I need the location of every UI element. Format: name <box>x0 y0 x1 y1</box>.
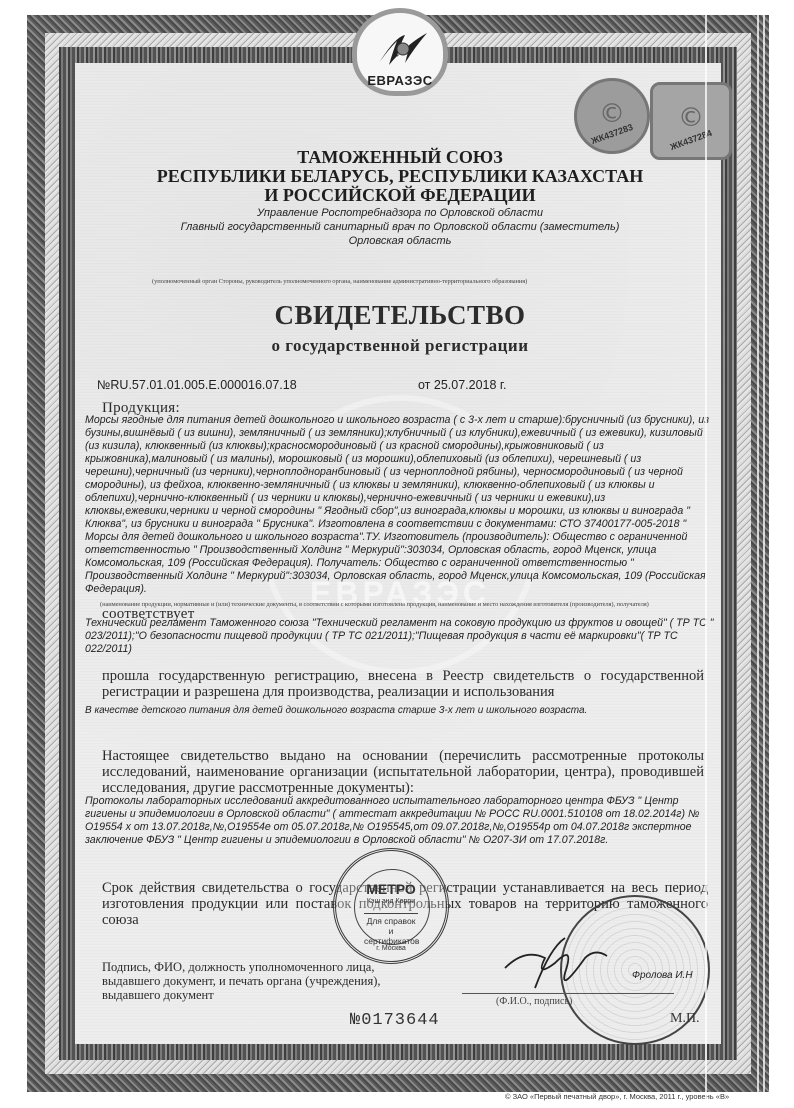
issuing-authority: Управление Роспотребнадзора по Орловской… <box>150 207 650 219</box>
evrazes-emblem-icon <box>375 29 431 69</box>
printer-note: © ЗАО «Первый печатный двор», г. Москва,… <box>505 1092 729 1101</box>
registration-date: от 25.07.2018 г. <box>418 378 506 392</box>
scan-streak <box>705 0 707 1108</box>
evrazes-logo: ЕВРАЗЭС <box>352 8 448 96</box>
technical-regulations: Технический регламент Таможенного союза … <box>85 617 715 656</box>
header-line-1: ТАМОЖЕННЫЙ СОЮЗ <box>150 147 650 168</box>
scan-streak <box>763 0 765 1108</box>
metro-stamp-note: Для справок и сертификатов <box>364 913 418 946</box>
issuing-official: Главный государственный санитарный врач … <box>150 221 650 233</box>
serial-number: №0173644 <box>350 1011 440 1030</box>
header-line-2: РЕСПУБЛИКИ БЕЛАРУСЬ, РЕСПУБЛИКИ КАЗАХСТА… <box>150 166 650 187</box>
metro-stamp: МЕТРО Кэш энд Керри Для справок и сертиф… <box>333 848 449 964</box>
document-subtitle: о государственной регистрации <box>150 336 650 356</box>
usage-purpose: В качестве детского питания для детей до… <box>85 704 715 717</box>
issuing-region: Орловская область <box>150 235 650 247</box>
basis-documents: Протоколы лабораторных исследований аккр… <box>85 795 715 847</box>
hologram-seal-icon: © ЖК437283 <box>574 78 650 154</box>
logo-text: ЕВРАЗЭС <box>357 73 443 88</box>
signer-name: Фролова И.Н <box>632 970 693 981</box>
metro-stamp-name: МЕТРО <box>336 881 446 897</box>
authority-caption: (уполномоченный орган Стороны, руководит… <box>152 278 527 285</box>
signature-label: Подпись, ФИО, должность уполномоченного … <box>102 960 402 1002</box>
metro-stamp-sub: Кэш энд Керри <box>336 898 446 905</box>
signature-caption: (Ф.И.О., подпись) <box>496 996 572 1007</box>
registration-statement: прошла государственную регистрацию, внес… <box>102 668 704 700</box>
registration-number: №RU.57.01.01.005.Е.000016.07.18 <box>97 378 297 392</box>
signature-line <box>462 993 674 994</box>
product-description: Морсы ягодные для питания детей дошкольн… <box>85 414 715 596</box>
scan-streak <box>757 0 759 1108</box>
metro-stamp-city: г. Москва <box>336 945 446 952</box>
seal-mark: М.П. <box>670 1011 700 1027</box>
issued-basis-statement: Настоящее свидетельство выдано на основа… <box>102 748 704 796</box>
header-line-3: И РОССИЙСКОЙ ФЕДЕРАЦИИ <box>150 185 650 206</box>
document-title: СВИДЕТЕЛЬСТВО <box>150 300 650 331</box>
hologram-seal-icon: © ЖК437284 <box>650 82 732 160</box>
